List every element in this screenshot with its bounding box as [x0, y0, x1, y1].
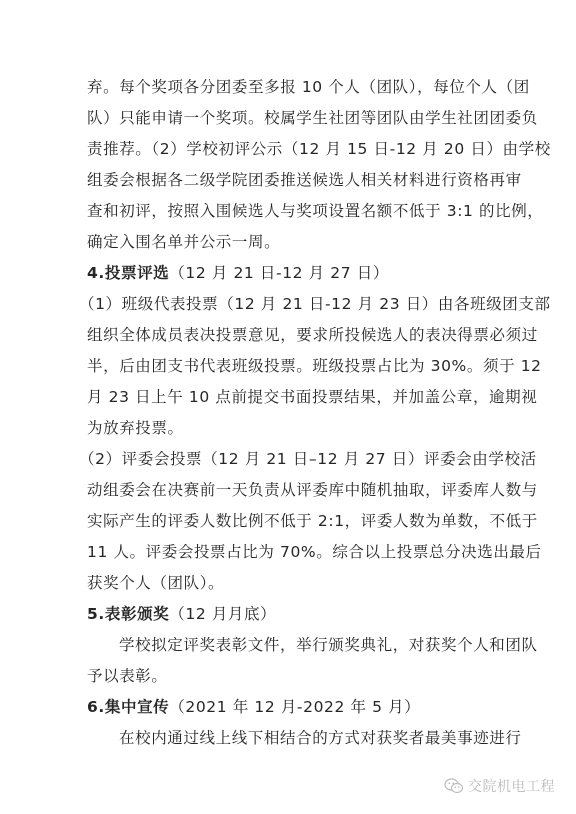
section-6-heading: 6.集中宣传（2021 年 12 月-2022 年 5 月） [87, 692, 489, 723]
text-line: 月 23 日上午 10 点前提交书面投票结果，并加盖公章，逾期视 [87, 382, 489, 413]
text-line: 予以表彰。 [87, 661, 489, 692]
text-line: 11 人。评委会投票占比为 70%。综合以上投票总分决选出最后 [87, 537, 489, 568]
text-line: 队）只能申请一个奖项。校属学生社团等团队由学生社团团委负 [87, 103, 489, 134]
watermark-text: 交院机电工程 [468, 776, 555, 796]
text-line: 动组委会在决赛前一天负责从评委库中随机抽取，评委库人数与 [87, 475, 489, 506]
document-body: 弃。每个奖项各分团委至多报 10 个人（团队），每位个人（团 队）只能申请一个奖… [87, 72, 489, 754]
text-line: 学校拟定评奖表彰文件，举行颁奖典礼，对获奖个人和团队 [87, 630, 489, 661]
text-line: 组委会根据各二级学院团委推送候选人相关材料进行资格再审 [87, 165, 489, 196]
section-5-heading: 5.表彰颁奖（12 月月底） [87, 599, 489, 630]
text-line: 为放弃投票。 [87, 413, 489, 444]
wechat-icon [444, 778, 464, 794]
text-line: 弃。每个奖项各分团委至多报 10 个人（团队），每位个人（团 [87, 72, 489, 103]
text-line: 实际产生的评委人数比例不低于 2:1，评委人数为单数，不低于 [87, 506, 489, 537]
section-5-title: 5.表彰颁奖 [87, 605, 169, 623]
text-line: 查和初评，按照入围候选人与奖项设置名额不低于 3:1 的比例， [87, 196, 489, 227]
text-line: （2）评委会投票（12 月 21 日–12 月 27 日）评委会由学校活 [79, 444, 489, 475]
text-line: 确定入围名单并公示一周。 [87, 227, 489, 258]
section-6-date: （2021 年 12 月-2022 年 5 月） [169, 698, 420, 716]
text-line: （1）班级代表投票（12 月 21 日-12 月 23 日）由各班级团支部 [79, 289, 489, 320]
section-4-title: 4.投票评选 [87, 264, 169, 282]
section-4-heading: 4.投票评选（12 月 21 日-12 月 27 日） [87, 258, 489, 289]
text-line: 组织全体成员表决投票意见，要求所投候选人的表决得票必须过 [87, 320, 489, 351]
section-6-title: 6.集中宣传 [87, 698, 169, 716]
text-line: 获奖个人（团队）。 [87, 568, 489, 599]
text-line: 责推荐。（2）学校初评公示（12 月 15 日-12 月 20 日）由学校 [87, 134, 489, 165]
text-line: 半，后由团支书代表班级投票。班级投票占比为 30%。须于 12 [87, 351, 489, 382]
section-5-date: （12 月月底） [169, 605, 276, 623]
text-line: 在校内通过线上线下相结合的方式对获奖者最美事迹进行 [87, 723, 489, 754]
watermark: 交院机电工程 [444, 776, 555, 796]
section-4-date: （12 月 21 日-12 月 27 日） [169, 264, 389, 282]
